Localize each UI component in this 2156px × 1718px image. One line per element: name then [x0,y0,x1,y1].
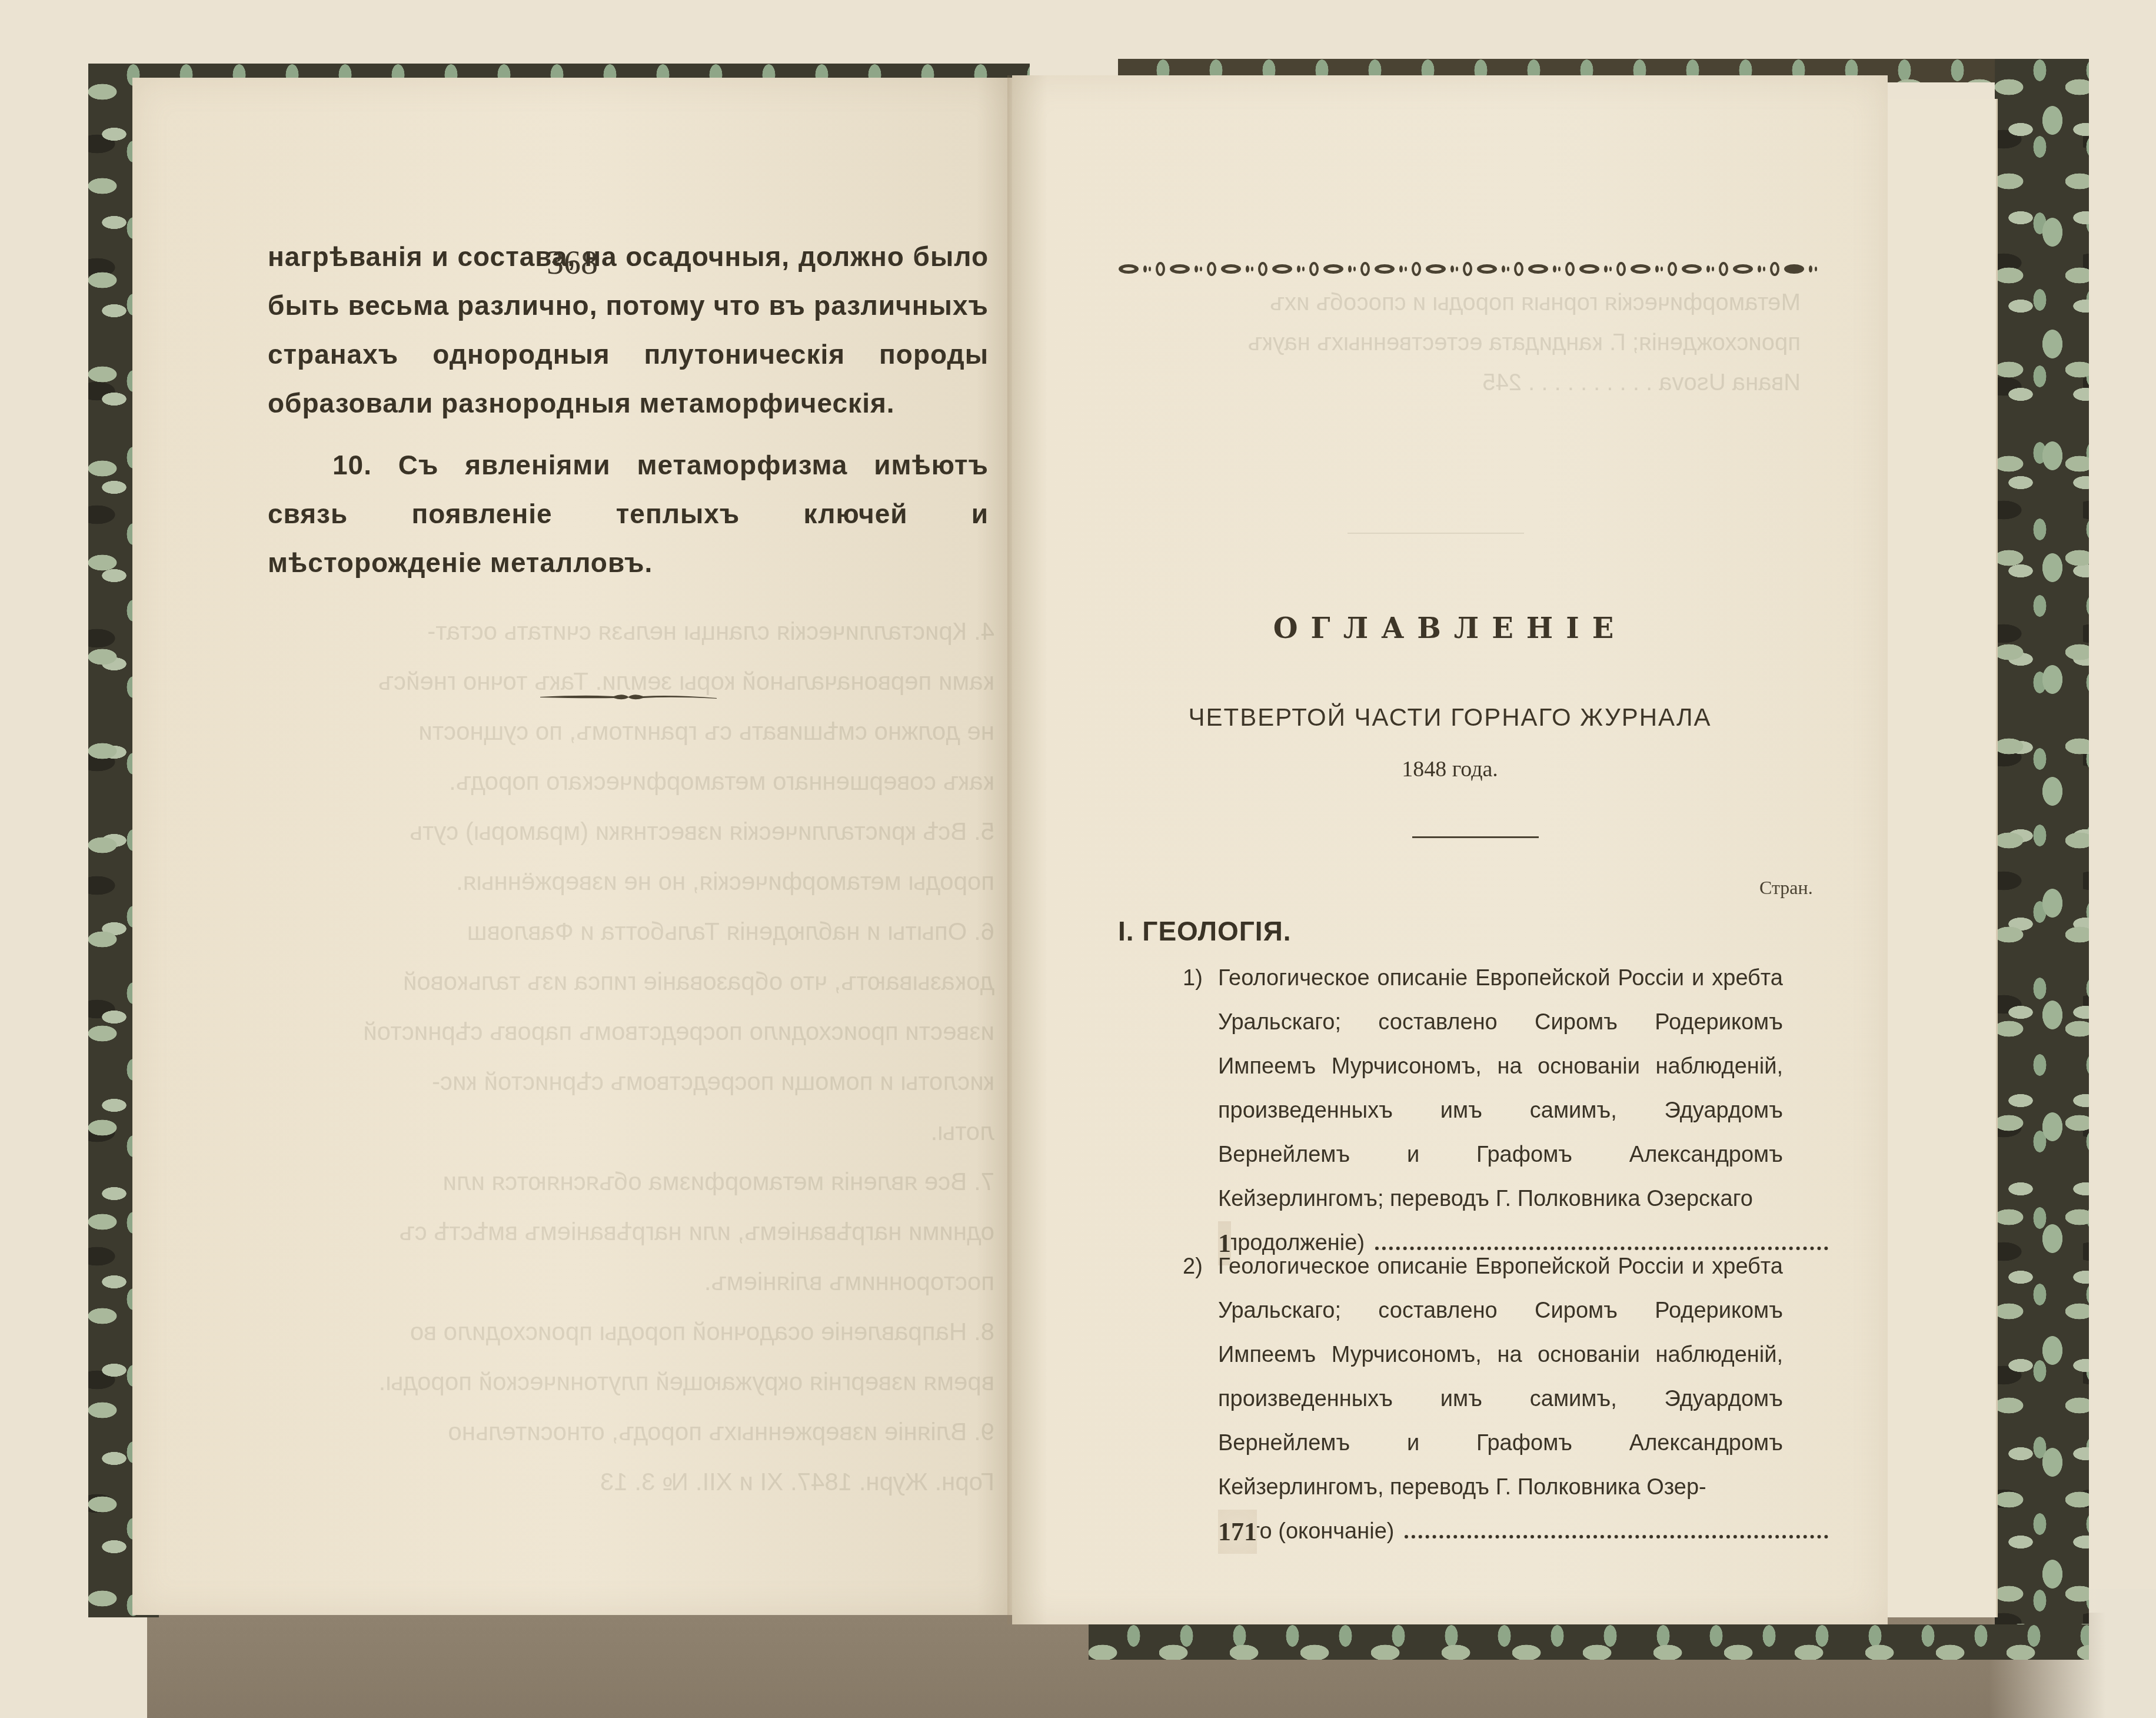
title-divider-rule [1412,836,1539,838]
toc-subtitle: ЧЕТВЕРТОЙ ЧАСТИ ГОРНАГО ЖУРНАЛА [1012,703,1888,732]
entry-number: 1) [1183,956,1203,1001]
bleed-line: Ивана Usova . . . . . . . . . . 245 [1153,363,1801,403]
bleed-line: 6. Опыты и наблюденія Тальботта и Фавлов… [253,906,994,956]
paragraph: 10. Съ явленіями метаморфизма имѣютъ свя… [268,441,989,587]
entry-text: Геологическое описаніе Европейской Россі… [1218,956,1783,1221]
bleed-through-rule [1347,533,1524,534]
toc-title: ОГЛАВЛЕНІЕ [1012,612,1888,645]
page-stack-edge [1886,99,1998,1617]
dotted-chain-ornament-icon [1118,260,1821,278]
bleed-line: извести происходило посредствомъ паровъ … [253,1006,994,1056]
bleed-line: какъ совершеннаго метаморфическаго пород… [253,756,994,806]
book-cover-bottom-edge [1089,1624,2089,1660]
bleed-line: 9. Вліяніе изверженныхъ породъ, относите… [253,1407,994,1457]
bleed-line: 5. Всѣ кристаллическія известняки (мрамо… [253,806,994,856]
right-page-bleed-through: Метаморфическія горныя породы и способъ … [1153,283,1801,403]
bleed-line: время извергнія окружающей плутонической… [253,1357,994,1407]
bleed-line: 7. Все явленія метаморфизма объясняются … [253,1157,994,1207]
bleed-line: постороннимъ вліяніемъ. [253,1257,994,1307]
bleed-line: лоты. [253,1106,994,1157]
book-cover-right-edge [1995,59,2089,1648]
entry-page-number: 171 [1218,1510,1257,1554]
bleed-line: Горн. Журн. 1847. XI и XII. № 3. 13 [253,1457,994,1507]
bleed-line: не должно смѣшивать съ гранитомъ, по сущ… [253,706,994,756]
dot-leader [1405,1534,1828,1538]
entry-text: Геологическое описаніе Европейской Россі… [1218,1245,1783,1510]
toc-year: 1848 года. [1012,756,1888,782]
bleed-line: Метаморфическія горныя породы и способъ … [1153,283,1801,323]
bleed-line: одними нагрѣваніемъ, или нагрѣваніемъ вм… [253,1207,994,1257]
entry-last-line: скаго (окончаніе) 171 [1218,1510,1839,1554]
page-column-header: Стран. [1759,877,1813,899]
bleed-line: доказываютъ, что образованіе гипса изъ т… [253,956,994,1006]
paragraph: нагрѣванія и состава, на осадочныя, долж… [268,232,989,428]
bleed-line: кислоты и помощи посредствомъ сѣрнистой … [253,1056,994,1106]
left-page-body: нагрѣванія и состава, на осадочныя, долж… [268,232,989,600]
toc-entry: 2) Геологическое описаніе Европейской Ро… [1183,1245,1839,1554]
end-of-text-flourish-icon [540,693,717,701]
bleed-line: 8. Направленіе осадочной породы происход… [253,1307,994,1357]
entry-number: 2) [1183,1245,1203,1289]
left-page-bleed-through: 4. Кристаллическія сланцы нельзя считать… [253,606,994,1507]
section-heading: I. ГЕОЛОГІЯ. [1118,915,1292,947]
toc-entry: 1) Геологическое описаніе Европейской Ро… [1183,956,1839,1265]
bleed-line: породы метаморфическія, но не извержённы… [253,856,994,906]
bleed-line: происхожденія; Г. кандидата естественных… [1153,323,1801,363]
bleed-line: 4. Кристаллическія сланцы нельзя считать… [253,606,994,656]
